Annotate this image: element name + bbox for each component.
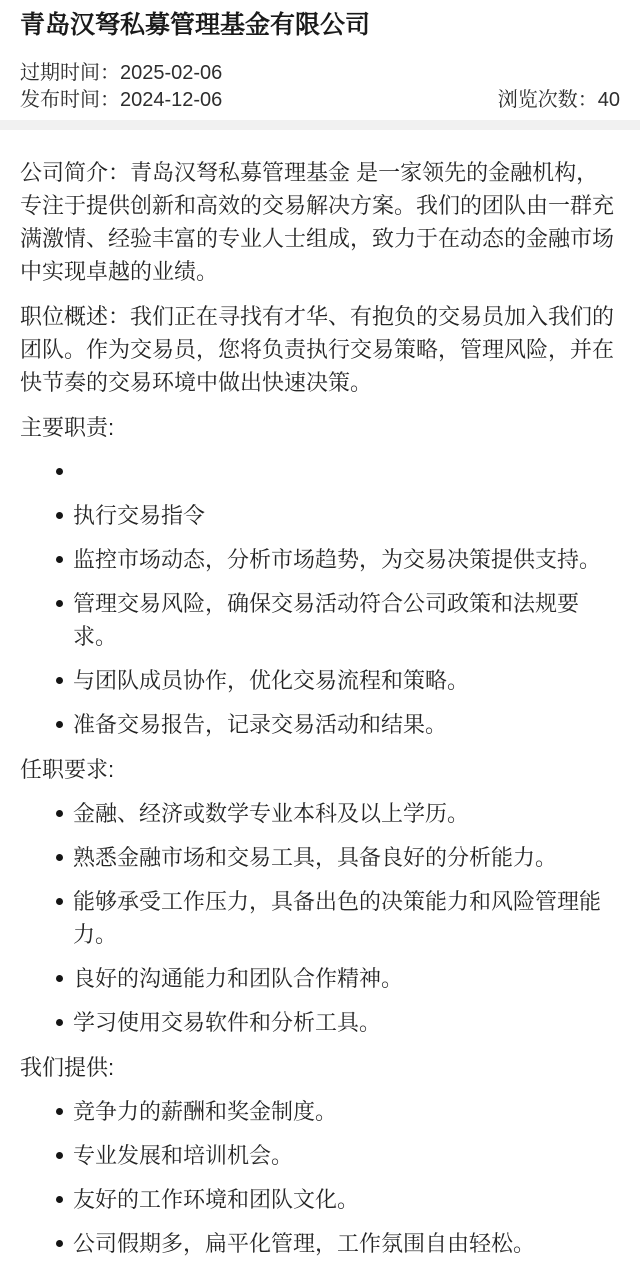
bullet-icon	[56, 1240, 63, 1247]
section-heading-duties: 主要职责:	[20, 411, 620, 444]
list-item-text: 与团队成员协作，优化交易流程和策略。	[73, 668, 469, 693]
requirements-list: 金融、经济或数学专业本科及以上学历。 熟悉金融市场和交易工具，具备良好的分析能力…	[20, 797, 620, 1039]
meta-block: 过期时间：2025-02-06 发布时间：2024-12-06 浏览次数：40	[20, 60, 620, 114]
header: 青岛汉弩私募管理基金有限公司 过期时间：2025-02-06 发布时间：2024…	[0, 10, 640, 114]
page-title: 青岛汉弩私募管理基金有限公司	[20, 10, 620, 40]
bullet-icon	[56, 512, 63, 519]
list-item: 管理交易风险，确保交易活动符合公司政策和法规要求。	[73, 587, 620, 653]
list-item-text: 学习使用交易软件和分析工具。	[73, 1010, 381, 1035]
bullet-icon	[56, 854, 63, 861]
bullet-icon	[56, 556, 63, 563]
list-item: 学习使用交易软件和分析工具。	[73, 1006, 620, 1039]
list-item: 金融、经济或数学专业本科及以上学历。	[73, 797, 620, 830]
section-heading-requirements: 任职要求:	[20, 753, 620, 786]
list-item-text: 能够承受工作压力，具备出色的决策能力和风险管理能力。	[73, 889, 601, 947]
publish-time-value: 2024-12-06	[120, 89, 222, 111]
expire-time-row: 过期时间：2025-02-06	[20, 60, 620, 87]
job-description-content: 公司简介：青岛汉弩私募管理基金 是一家领先的金融机构，专注于提供创新和高效的交易…	[0, 156, 640, 1280]
list-item: 友好的工作环境和团队文化。	[73, 1183, 620, 1216]
list-item-text: 专业发展和培训机会。	[73, 1143, 293, 1168]
bullet-icon	[56, 600, 63, 607]
bullet-icon	[56, 721, 63, 728]
job-summary-paragraph: 职位概述：我们正在寻找有才华、有抱负的交易员加入我们的团队。作为交易员，您将负责…	[20, 300, 620, 399]
list-item-text: 友好的工作环境和团队文化。	[73, 1187, 359, 1212]
section-divider	[0, 120, 640, 130]
list-item-text: 良好的沟通能力和团队合作精神。	[73, 966, 403, 991]
expire-time: 过期时间：2025-02-06	[20, 60, 222, 87]
expire-time-label: 过期时间：	[20, 62, 120, 84]
list-item-text: 执行交易指令	[73, 503, 205, 528]
job-posting-page: 青岛汉弩私募管理基金有限公司 过期时间：2025-02-06 发布时间：2024…	[0, 0, 640, 1280]
list-item-text: 管理交易风险，确保交易活动符合公司政策和法规要求。	[73, 591, 579, 649]
duties-list: 执行交易指令 监控市场动态，分析市场趋势，为交易决策提供支持。 管理交易风险，确…	[20, 455, 620, 741]
bullet-icon	[56, 1108, 63, 1115]
publish-time-label: 发布时间：	[20, 89, 120, 111]
publish-views-row: 发布时间：2024-12-06 浏览次数：40	[20, 87, 620, 114]
expire-time-value: 2025-02-06	[120, 62, 222, 84]
bullet-icon	[56, 468, 63, 475]
company-intro-paragraph: 公司简介：青岛汉弩私募管理基金 是一家领先的金融机构，专注于提供创新和高效的交易…	[20, 156, 620, 288]
bullet-icon	[56, 975, 63, 982]
list-item: 与团队成员协作，优化交易流程和策略。	[73, 664, 620, 697]
publish-time: 发布时间：2024-12-06	[20, 87, 222, 114]
list-item-text: 监控市场动态，分析市场趋势，为交易决策提供支持。	[73, 547, 601, 572]
list-item: 执行交易指令	[73, 499, 620, 532]
list-item: 良好的沟通能力和团队合作精神。	[73, 962, 620, 995]
list-item: 竞争力的薪酬和奖金制度。	[73, 1095, 620, 1128]
list-item: 公司假期多，扁平化管理，工作氛围自由轻松。	[73, 1227, 620, 1260]
list-item: 专业发展和培训机会。	[73, 1139, 620, 1172]
views-value: 40	[598, 89, 620, 111]
list-item	[73, 455, 620, 488]
bullet-icon	[56, 898, 63, 905]
bullet-icon	[56, 1019, 63, 1026]
list-item: 熟悉金融市场和交易工具，具备良好的分析能力。	[73, 841, 620, 874]
benefits-list: 竞争力的薪酬和奖金制度。 专业发展和培训机会。 友好的工作环境和团队文化。 公司…	[20, 1095, 620, 1260]
section-heading-benefits: 我们提供:	[20, 1051, 620, 1084]
views-label: 浏览次数：	[498, 89, 598, 111]
bullet-icon	[56, 1152, 63, 1159]
list-item-text: 熟悉金融市场和交易工具，具备良好的分析能力。	[73, 845, 557, 870]
list-item-text: 准备交易报告，记录交易活动和结果。	[73, 712, 447, 737]
bullet-icon	[56, 1196, 63, 1203]
list-item-text: 金融、经济或数学专业本科及以上学历。	[73, 801, 469, 826]
list-item-text: 公司假期多，扁平化管理，工作氛围自由轻松。	[73, 1231, 535, 1256]
list-item: 能够承受工作压力，具备出色的决策能力和风险管理能力。	[73, 885, 620, 951]
bullet-icon	[56, 677, 63, 684]
bullet-icon	[56, 810, 63, 817]
list-item: 监控市场动态，分析市场趋势，为交易决策提供支持。	[73, 543, 620, 576]
views-counter: 浏览次数：40	[498, 87, 620, 114]
list-item: 准备交易报告，记录交易活动和结果。	[73, 708, 620, 741]
list-item-text: 竞争力的薪酬和奖金制度。	[73, 1099, 337, 1124]
